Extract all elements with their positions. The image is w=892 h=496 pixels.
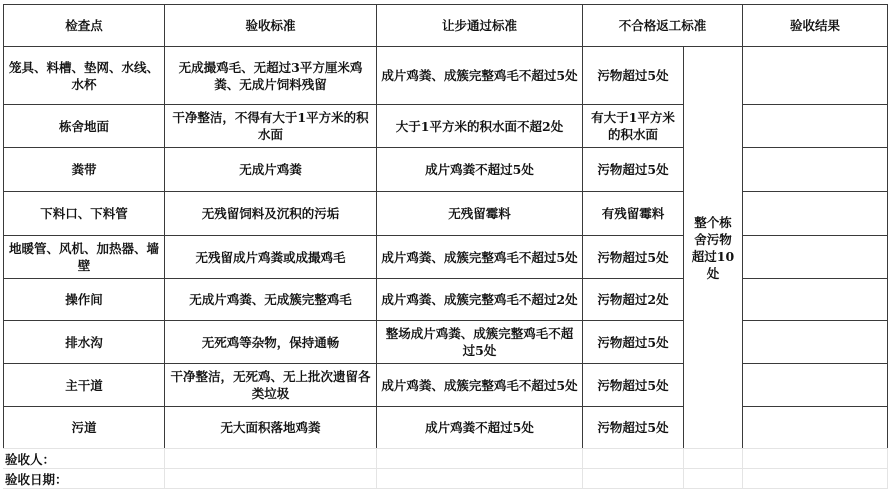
header-acceptance-standard: 验收标准 xyxy=(165,5,377,47)
acceptance-cell: 干净整洁，不得有大于1平方米的积水面 xyxy=(165,105,377,148)
rework-cell: 污物超过5处 xyxy=(583,47,684,105)
inspector-row: 验收人： xyxy=(3,449,887,469)
rework-cell: 污物超过5处 xyxy=(583,321,684,364)
table-row: 排水沟 无死鸡等杂物，保持通畅 整场成片鸡粪、成簇完整鸡毛不超过5处 污物超过5… xyxy=(4,321,888,364)
table-row: 粪带 无成片鸡粪 成片鸡粪不超过5处 污物超过5处 xyxy=(4,148,888,192)
acceptance-cell: 无残留饲料及沉积的污垢 xyxy=(165,192,377,236)
header-rework-standard: 不合格返工标准 xyxy=(583,5,743,47)
table-row: 地暖管、风机、加热器、墙壁 无残留成片鸡粪或成撮鸡毛 成片鸡粪、成簇完整鸡毛不超… xyxy=(4,236,888,279)
concession-cell: 成片鸡粪、成簇完整鸡毛不超过5处 xyxy=(377,364,583,407)
inspection-table: 检查点 验收标准 让步通过标准 不合格返工标准 验收结果 笼具、料槽、垫网、水线… xyxy=(3,4,888,449)
result-cell[interactable] xyxy=(743,279,888,321)
inspector-label: 验收人： xyxy=(3,449,164,469)
checkpoint-cell: 地暖管、风机、加热器、墙壁 xyxy=(4,236,165,279)
checkpoint-cell: 栋舍地面 xyxy=(4,105,165,148)
table-row: 操作间 无成片鸡粪、无成簇完整鸡毛 成片鸡粪、成簇完整鸡毛不超过2处 污物超过2… xyxy=(4,279,888,321)
header-checkpoint: 检查点 xyxy=(4,5,165,47)
table-row: 污道 无大面积落地鸡粪 成片鸡粪不超过5处 污物超过5处 xyxy=(4,407,888,449)
acceptance-cell: 无成片鸡粪、无成簇完整鸡毛 xyxy=(165,279,377,321)
rework-cell: 污物超过5处 xyxy=(583,364,684,407)
date-row: 验收日期： xyxy=(3,469,887,489)
checkpoint-cell: 主干道 xyxy=(4,364,165,407)
concession-cell: 成片鸡粪不超过5处 xyxy=(377,148,583,192)
checkpoint-cell: 粪带 xyxy=(4,148,165,192)
table-row: 栋舍地面 干净整洁，不得有大于1平方米的积水面 大于1平方米的积水面不超2处 有… xyxy=(4,105,888,148)
inspection-sheet: 检查点 验收标准 让步通过标准 不合格返工标准 验收结果 笼具、料槽、垫网、水线… xyxy=(3,4,888,449)
date-field[interactable] xyxy=(164,469,376,489)
result-cell[interactable] xyxy=(743,47,888,105)
table-row: 主干道 干净整洁，无死鸡、无上批次遗留各类垃圾 成片鸡粪、成簇完整鸡毛不超过5处… xyxy=(4,364,888,407)
header-concession-standard: 让步通过标准 xyxy=(377,5,583,47)
checkpoint-cell: 排水沟 xyxy=(4,321,165,364)
table-row: 下料口、下料管 无残留饲料及沉积的污垢 无残留霉料 有残留霉料 xyxy=(4,192,888,236)
rework-merged-note: 整个栋舍污物超过10处 xyxy=(684,47,743,449)
checkpoint-cell: 下料口、下料管 xyxy=(4,192,165,236)
acceptance-cell: 无成片鸡粪 xyxy=(165,148,377,192)
result-cell[interactable] xyxy=(743,148,888,192)
rework-cell: 污物超过5处 xyxy=(583,148,684,192)
result-cell[interactable] xyxy=(743,364,888,407)
concession-cell: 无残留霉料 xyxy=(377,192,583,236)
acceptance-cell: 无大面积落地鸡粪 xyxy=(165,407,377,449)
rework-cell: 污物超过5处 xyxy=(583,407,684,449)
rework-cell: 污物超过5处 xyxy=(583,236,684,279)
checkpoint-cell: 笼具、料槽、垫网、水线、水杯 xyxy=(4,47,165,105)
date-label: 验收日期： xyxy=(3,469,164,489)
concession-cell: 成片鸡粪、成簇完整鸡毛不超过2处 xyxy=(377,279,583,321)
concession-cell: 成片鸡粪、成簇完整鸡毛不超过5处 xyxy=(377,47,583,105)
table-row: 笼具、料槽、垫网、水线、水杯 无成撮鸡毛、无超过3平方厘米鸡粪、无成片饲料残留 … xyxy=(4,47,888,105)
concession-cell: 整场成片鸡粪、成簇完整鸡毛不超过5处 xyxy=(377,321,583,364)
acceptance-cell: 无成撮鸡毛、无超过3平方厘米鸡粪、无成片饲料残留 xyxy=(165,47,377,105)
checkpoint-cell: 操作间 xyxy=(4,279,165,321)
rework-cell: 污物超过2处 xyxy=(583,279,684,321)
concession-cell: 成片鸡粪不超过5处 xyxy=(377,407,583,449)
result-cell[interactable] xyxy=(743,407,888,449)
signoff-block: 验收人： 验收日期： xyxy=(3,448,888,489)
acceptance-cell: 无残留成片鸡粪或成撮鸡毛 xyxy=(165,236,377,279)
result-cell[interactable] xyxy=(743,236,888,279)
acceptance-cell: 干净整洁，无死鸡、无上批次遗留各类垃圾 xyxy=(165,364,377,407)
concession-cell: 大于1平方米的积水面不超2处 xyxy=(377,105,583,148)
rework-cell: 有大于1平方米的积水面 xyxy=(583,105,684,148)
inspector-field[interactable] xyxy=(164,449,376,469)
result-cell[interactable] xyxy=(743,192,888,236)
acceptance-cell: 无死鸡等杂物，保持通畅 xyxy=(165,321,377,364)
result-cell[interactable] xyxy=(743,321,888,364)
result-cell[interactable] xyxy=(743,105,888,148)
rework-cell: 有残留霉料 xyxy=(583,192,684,236)
concession-cell: 成片鸡粪、成簇完整鸡毛不超过5处 xyxy=(377,236,583,279)
checkpoint-cell: 污道 xyxy=(4,407,165,449)
header-result: 验收结果 xyxy=(743,5,888,47)
header-row: 检查点 验收标准 让步通过标准 不合格返工标准 验收结果 xyxy=(4,5,888,47)
